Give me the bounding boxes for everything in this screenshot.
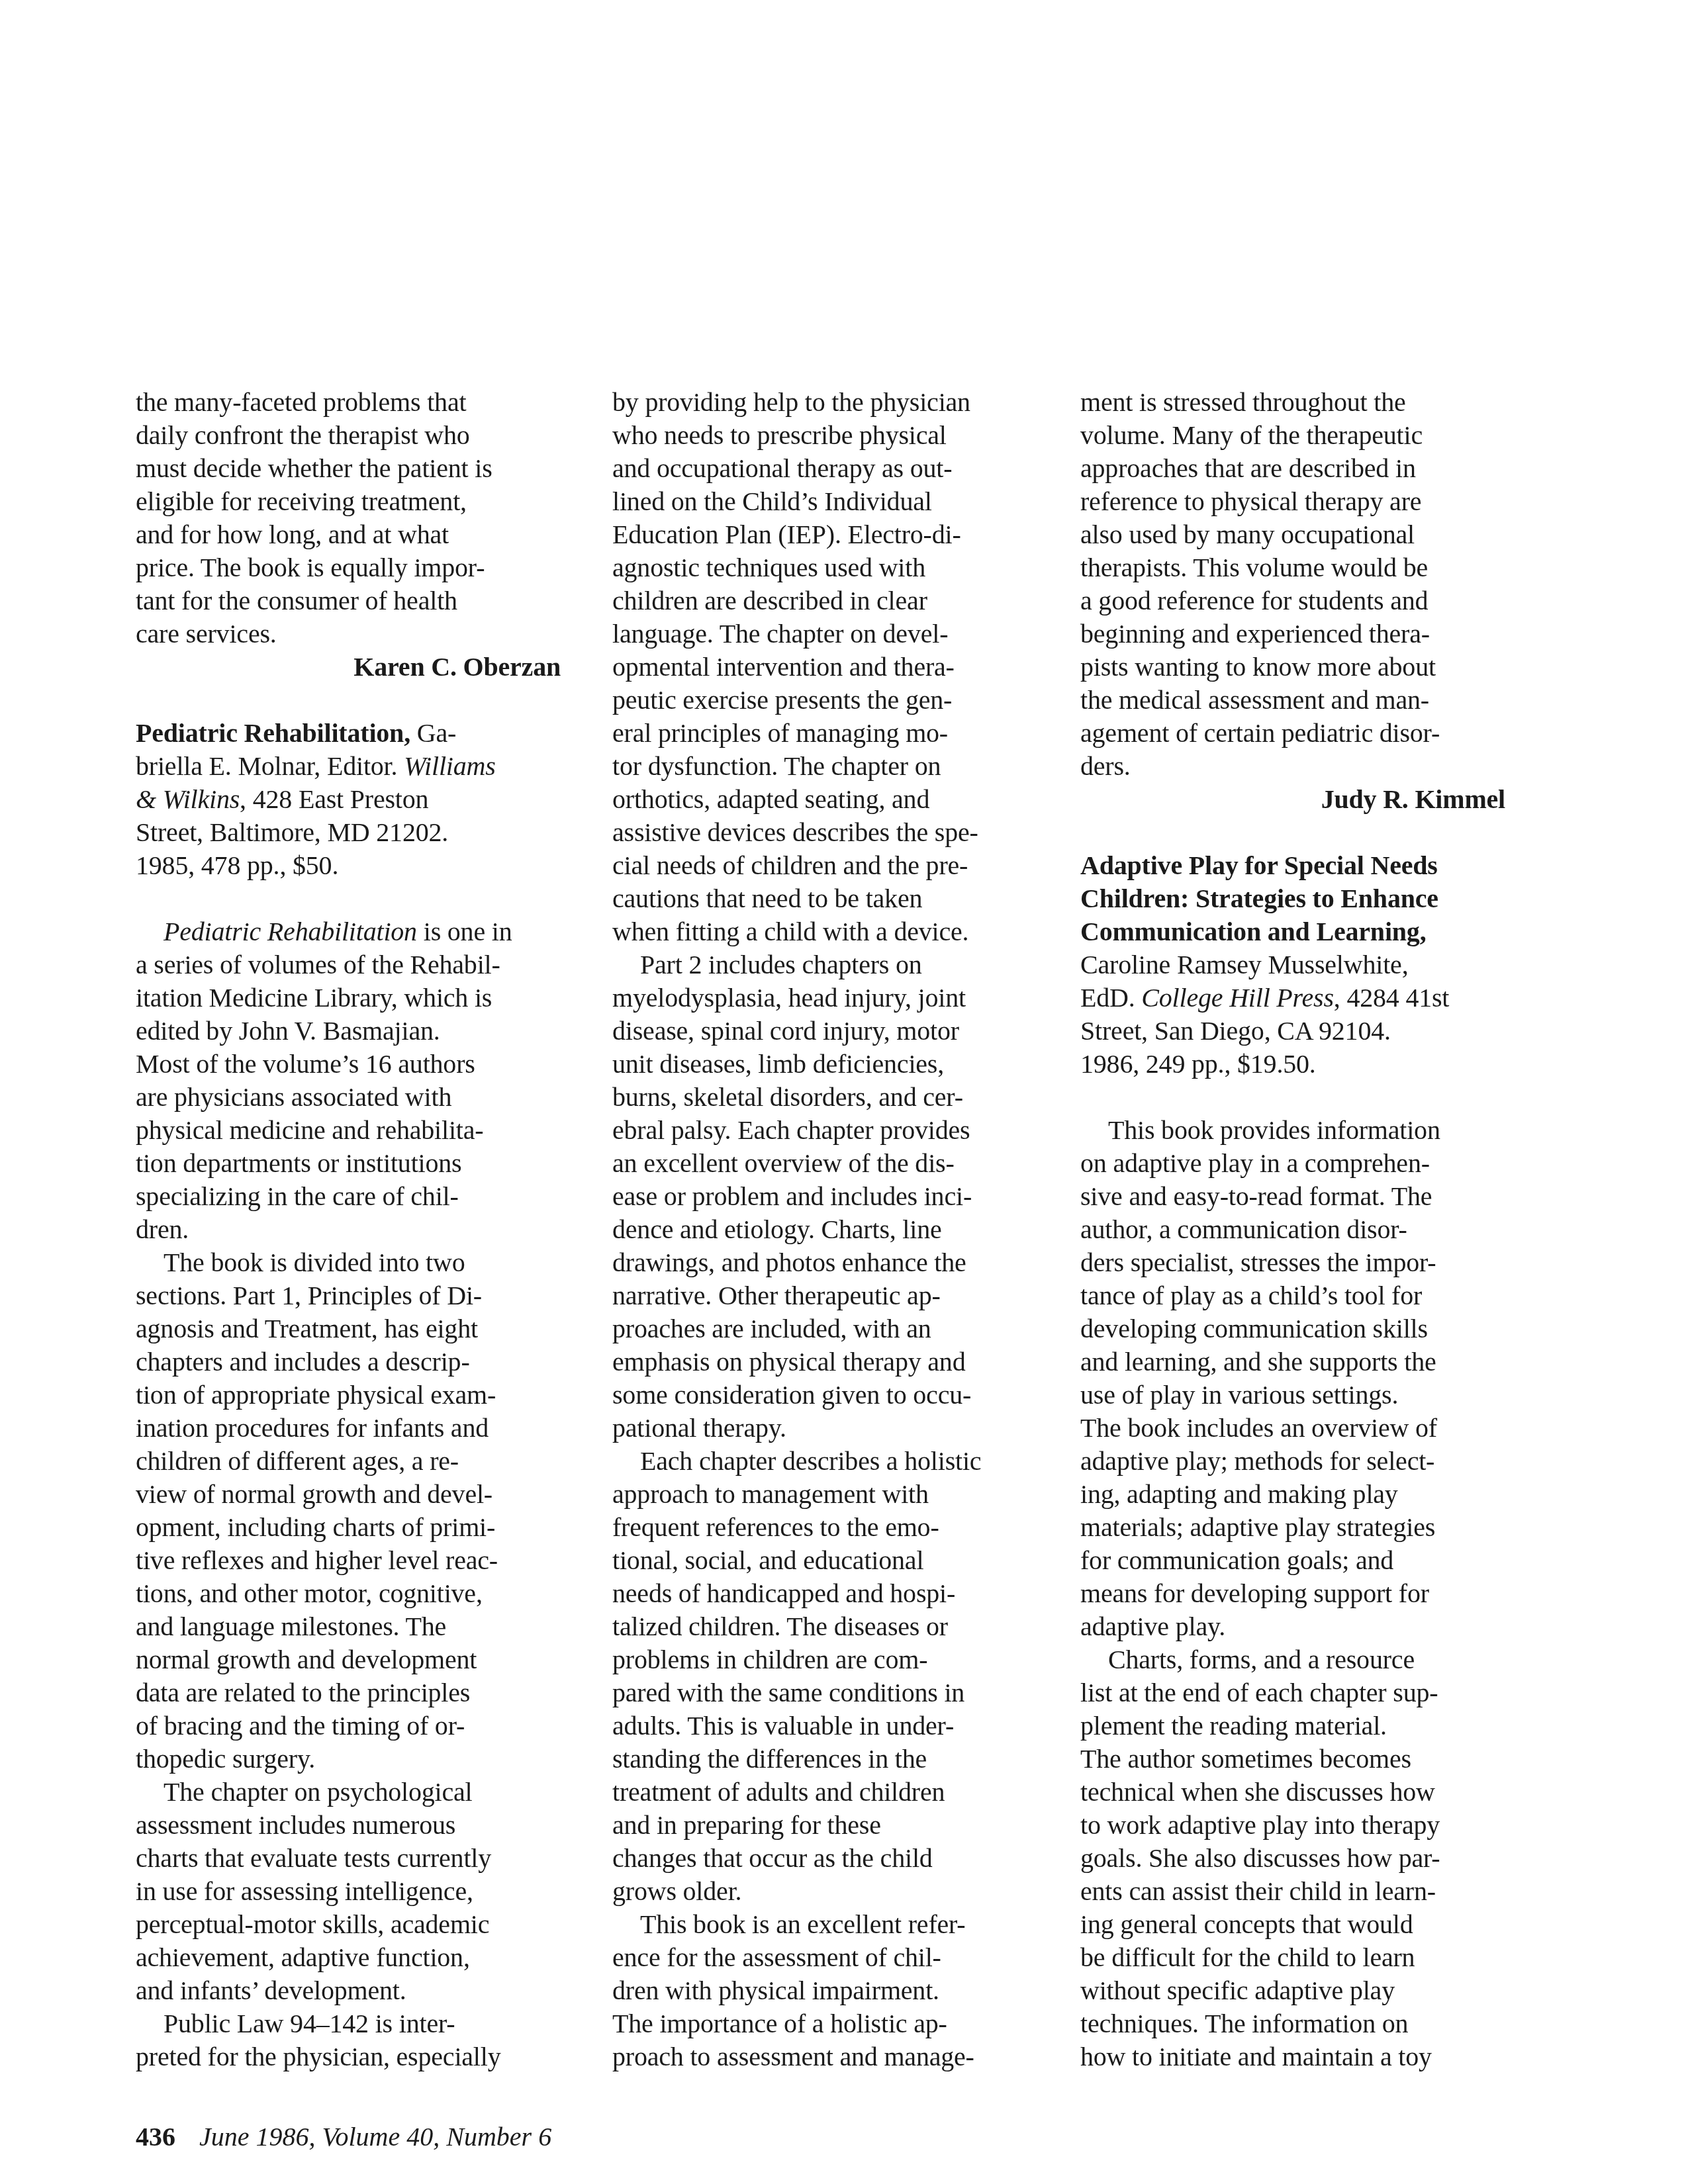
- spacer: [136, 882, 573, 915]
- text-line: changes that occur as the child: [612, 1842, 1049, 1875]
- citation-text: 1985, 478 pp., $50.: [136, 849, 573, 882]
- text-line: drawings, and photos enhance the: [612, 1246, 1049, 1279]
- text-line: how to initiate and maintain a toy: [1080, 2040, 1517, 2073]
- text-line: frequent references to the emo-: [612, 1511, 1049, 1544]
- text-line: means for developing support for: [1080, 1577, 1517, 1610]
- text-line: adaptive play; methods for select-: [1080, 1445, 1517, 1478]
- citation-text: EdD.: [1080, 983, 1141, 1013]
- text-line: ing, adapting and making play: [1080, 1478, 1517, 1511]
- text-line: treatment of adults and children: [612, 1776, 1049, 1809]
- text-line: beginning and experienced thera-: [1080, 617, 1517, 651]
- text-line: tion departments or institutions: [136, 1147, 573, 1180]
- text-line: orthotics, adapted seating, and: [612, 783, 1049, 816]
- text-line: and occupational therapy as out-: [612, 452, 1049, 485]
- text-line: disease, spinal cord injury, motor: [612, 1015, 1049, 1048]
- text-line: and for how long, and at what: [136, 518, 573, 551]
- text-line: tant for the consumer of health: [136, 584, 573, 617]
- text-line: volume. Many of the therapeutic: [1080, 419, 1517, 452]
- text-line: Most of the volume’s 16 authors: [136, 1048, 573, 1081]
- reviewer-signature: Karen C. Oberzan: [136, 651, 573, 684]
- text-line: language. The chapter on devel-: [612, 617, 1049, 651]
- body-text: is one in: [417, 917, 512, 946]
- text-line: ders specialist, stresses the impor-: [1080, 1246, 1517, 1279]
- text-line: for communication goals; and: [1080, 1544, 1517, 1577]
- text-line: some consideration given to occu-: [612, 1379, 1049, 1412]
- text-line: tional, social, and educational: [612, 1544, 1049, 1577]
- text-line: sive and easy-to-read format. The: [1080, 1180, 1517, 1213]
- text-line: specializing in the care of chil-: [136, 1180, 573, 1213]
- column-2: by providing help to the physician who n…: [612, 386, 1049, 2073]
- text-line: ders.: [1080, 750, 1517, 783]
- text-line: materials; adaptive play strategies: [1080, 1511, 1517, 1544]
- text-line: agnosis and Treatment, has eight: [136, 1312, 573, 1345]
- text-line: Each chapter describes a holistic: [612, 1445, 1049, 1478]
- publisher: & Wilkins: [136, 784, 240, 814]
- text-line: adaptive play.: [1080, 1610, 1517, 1643]
- text-line: reference to physical therapy are: [1080, 485, 1517, 518]
- book-title-italic: Pediatric Rehabilitation: [164, 917, 417, 946]
- text-line: narrative. Other therapeutic ap-: [612, 1279, 1049, 1312]
- book-title: Children: Strategies to Enhance: [1080, 882, 1517, 915]
- text-line: ebral palsy. Each chapter provides: [612, 1114, 1049, 1147]
- text-line: lined on the Child’s Individual: [612, 485, 1049, 518]
- text-line: and language milestones. The: [136, 1610, 573, 1643]
- text-line: approach to management with: [612, 1478, 1049, 1511]
- publisher: Williams: [404, 751, 495, 781]
- text-line: burns, skeletal disorders, and cer-: [612, 1081, 1049, 1114]
- text-line: tor dysfunction. The chapter on: [612, 750, 1049, 783]
- text-line: when fitting a child with a device.: [612, 915, 1049, 948]
- text-line: of bracing and the timing of or-: [136, 1709, 573, 1743]
- text-line: preted for the physician, especially: [136, 2040, 573, 2073]
- text-line: edited by John V. Basmajian.: [136, 1015, 573, 1048]
- text-line: on adaptive play in a comprehen-: [1080, 1147, 1517, 1180]
- citation-text: Street, Baltimore, MD 21202.: [136, 816, 573, 849]
- text-line: sections. Part 1, Principles of Di-: [136, 1279, 573, 1312]
- text-line: ination procedures for infants and: [136, 1412, 573, 1445]
- text-line: daily confront the therapist who: [136, 419, 573, 452]
- text-line: The book includes an overview of: [1080, 1412, 1517, 1445]
- text-line: pists wanting to know more about: [1080, 651, 1517, 684]
- text-line: dren with physical impairment.: [612, 1974, 1049, 2007]
- text-line: price. The book is equally impor-: [136, 551, 573, 584]
- text-line: tion of appropriate physical exam-: [136, 1379, 573, 1412]
- text-line: agement of certain pediatric disor-: [1080, 717, 1517, 750]
- review-3-body: This book provides information on adapti…: [1080, 1114, 1517, 2073]
- spacer: [1080, 816, 1517, 849]
- text-line: technical when she discusses how: [1080, 1776, 1517, 1809]
- text-line: ence for the assessment of chil-: [612, 1941, 1049, 1974]
- text-line: and in preparing for these: [612, 1809, 1049, 1842]
- text-line: and infants’ development.: [136, 1974, 573, 2007]
- review-2-conclusion: ment is stressed throughout the volume. …: [1080, 386, 1517, 816]
- text-line: normal growth and development: [136, 1643, 573, 1676]
- column-3: ment is stressed throughout the volume. …: [1080, 386, 1517, 2073]
- text-line: children are described in clear: [612, 584, 1049, 617]
- text-line: charts that evaluate tests currently: [136, 1842, 573, 1875]
- text-line: physical medicine and rehabilita-: [136, 1114, 573, 1147]
- text-line: needs of handicapped and hospi-: [612, 1577, 1049, 1610]
- text-line: opment, including charts of primi-: [136, 1511, 573, 1544]
- text-line: thopedic surgery.: [136, 1743, 573, 1776]
- text-line: proaches are included, with an: [612, 1312, 1049, 1345]
- text-line: assessment includes numerous: [136, 1809, 573, 1842]
- text-line: a good reference for students and: [1080, 584, 1517, 617]
- text-line: myelodysplasia, head injury, joint: [612, 981, 1049, 1015]
- text-line: techniques. The information on: [1080, 2007, 1517, 2040]
- page-footer: 436June 1986, Volume 40, Number 6: [136, 2120, 551, 2154]
- text-line: pational therapy.: [612, 1412, 1049, 1445]
- text-line: Public Law 94–142 is inter-: [136, 2007, 573, 2040]
- text-line: tions, and other motor, cognitive,: [136, 1577, 573, 1610]
- text-line: tive reflexes and higher level reac-: [136, 1544, 573, 1577]
- text-line: an excellent overview of the dis-: [612, 1147, 1049, 1180]
- text-line: goals. She also discusses how par-: [1080, 1842, 1517, 1875]
- text-line: Part 2 includes chapters on: [612, 948, 1049, 981]
- text-line: therapists. This volume would be: [1080, 551, 1517, 584]
- text-line: The author sometimes becomes: [1080, 1743, 1517, 1776]
- text-line: developing communication skills: [1080, 1312, 1517, 1345]
- text-line: also used by many occupational: [1080, 518, 1517, 551]
- text-line: dence and etiology. Charts, line: [612, 1213, 1049, 1246]
- text-line: peutic exercise presents the gen-: [612, 684, 1049, 717]
- text-line: view of normal growth and devel-: [136, 1478, 573, 1511]
- text-line: plement the reading material.: [1080, 1709, 1517, 1743]
- text-line: opmental intervention and thera-: [612, 651, 1049, 684]
- text-line: to work adaptive play into therapy: [1080, 1809, 1517, 1842]
- citation-text: Street, San Diego, CA 92104.: [1080, 1015, 1517, 1048]
- text-line: must decide whether the patient is: [136, 452, 573, 485]
- text-line: pared with the same conditions in: [612, 1676, 1049, 1709]
- text-line: the medical assessment and man-: [1080, 684, 1517, 717]
- text-line: The chapter on psychological: [136, 1776, 573, 1809]
- text-line: approaches that are described in: [1080, 452, 1517, 485]
- text-line: list at the end of each chapter sup-: [1080, 1676, 1517, 1709]
- book-title: Communication and Learning,: [1080, 915, 1517, 948]
- text-line: cautions that need to be taken: [612, 882, 1049, 915]
- text-line: ment is stressed throughout the: [1080, 386, 1517, 419]
- text-line: achievement, adaptive function,: [136, 1941, 573, 1974]
- journal-issue: June 1986, Volume 40, Number 6: [199, 2122, 551, 2152]
- text-line: be difficult for the child to learn: [1080, 1941, 1517, 1974]
- text-line: eligible for receiving treatment,: [136, 485, 573, 518]
- text-line: itation Medicine Library, which is: [136, 981, 573, 1015]
- text-line: without specific adaptive play: [1080, 1974, 1517, 2007]
- text-line: the many-faceted problems that: [136, 386, 573, 419]
- book-title: Adaptive Play for Special Needs: [1080, 849, 1517, 882]
- review-1-conclusion: the many-faceted problems that daily con…: [136, 386, 573, 684]
- column-1: the many-faceted problems that daily con…: [136, 386, 573, 2073]
- text-line: assistive devices describes the spe-: [612, 816, 1049, 849]
- text-line: emphasis on physical therapy and: [612, 1345, 1049, 1379]
- text-line: This book provides information: [1080, 1114, 1517, 1147]
- text-line: ents can assist their child in learn-: [1080, 1875, 1517, 1908]
- citation-text: , 428 East Preston: [240, 784, 428, 814]
- text-line: adults. This is valuable in under-: [612, 1709, 1049, 1743]
- text-line: data are related to the principles: [136, 1676, 573, 1709]
- citation-text: 1986, 249 pp., $19.50.: [1080, 1048, 1517, 1081]
- publisher: College Hill Press: [1141, 983, 1333, 1013]
- review-2-citation: Pediatric Rehabilitation, Ga- briella E.…: [136, 717, 573, 882]
- review-2-body: Pediatric Rehabilitation is one in a ser…: [136, 915, 573, 2073]
- text-line: dren.: [136, 1213, 573, 1246]
- text-line: agnostic techniques used with: [612, 551, 1049, 584]
- text-line: who needs to prescribe physical: [612, 419, 1049, 452]
- text-line: tance of play as a child’s tool for: [1080, 1279, 1517, 1312]
- text-line: ease or problem and includes inci-: [612, 1180, 1049, 1213]
- text-line: cial needs of children and the pre-: [612, 849, 1049, 882]
- text-line: talized children. The diseases or: [612, 1610, 1049, 1643]
- text-line: eral principles of managing mo-: [612, 717, 1049, 750]
- text-line: Education Plan (IEP). Electro-di-: [612, 518, 1049, 551]
- text-line: standing the differences in the: [612, 1743, 1049, 1776]
- text-line: chapters and includes a descrip-: [136, 1345, 573, 1379]
- text-line: perceptual-motor skills, academic: [136, 1908, 573, 1941]
- citation-text: Caroline Ramsey Musselwhite,: [1080, 948, 1517, 981]
- book-title: Pediatric Rehabilitation,: [136, 718, 410, 748]
- citation-text: briella E. Molnar, Editor.: [136, 751, 404, 781]
- citation-text: , 4284 41st: [1334, 983, 1449, 1013]
- text-line: problems in children are com-: [612, 1643, 1049, 1676]
- text-line: in use for assessing intelligence,: [136, 1875, 573, 1908]
- review-3-citation: Adaptive Play for Special Needs Children…: [1080, 849, 1517, 1081]
- text-line: unit diseases, limb deficiencies,: [612, 1048, 1049, 1081]
- text-line: grows older.: [612, 1875, 1049, 1908]
- spacer: [1080, 1081, 1517, 1114]
- text-line: The importance of a holistic ap-: [612, 2007, 1049, 2040]
- text-line: proach to assessment and manage-: [612, 2040, 1049, 2073]
- page-number: 436: [136, 2122, 175, 2152]
- text-line: and learning, and she supports the: [1080, 1345, 1517, 1379]
- text-line: author, a communication disor-: [1080, 1213, 1517, 1246]
- text-line: by providing help to the physician: [612, 386, 1049, 419]
- text-line: are physicians associated with: [136, 1081, 573, 1114]
- text-line: a series of volumes of the Rehabil-: [136, 948, 573, 981]
- text-line: ing general concepts that would: [1080, 1908, 1517, 1941]
- text-line: This book is an excellent refer-: [612, 1908, 1049, 1941]
- spacer: [136, 684, 573, 717]
- text-line: use of play in various settings.: [1080, 1379, 1517, 1412]
- text-line: care services.: [136, 617, 573, 651]
- text-line: Charts, forms, and a resource: [1080, 1643, 1517, 1676]
- citation-text: Ga-: [410, 718, 456, 748]
- text-line: children of different ages, a re-: [136, 1445, 573, 1478]
- text-line: The book is divided into two: [136, 1246, 573, 1279]
- reviewer-signature: Judy R. Kimmel: [1080, 783, 1517, 816]
